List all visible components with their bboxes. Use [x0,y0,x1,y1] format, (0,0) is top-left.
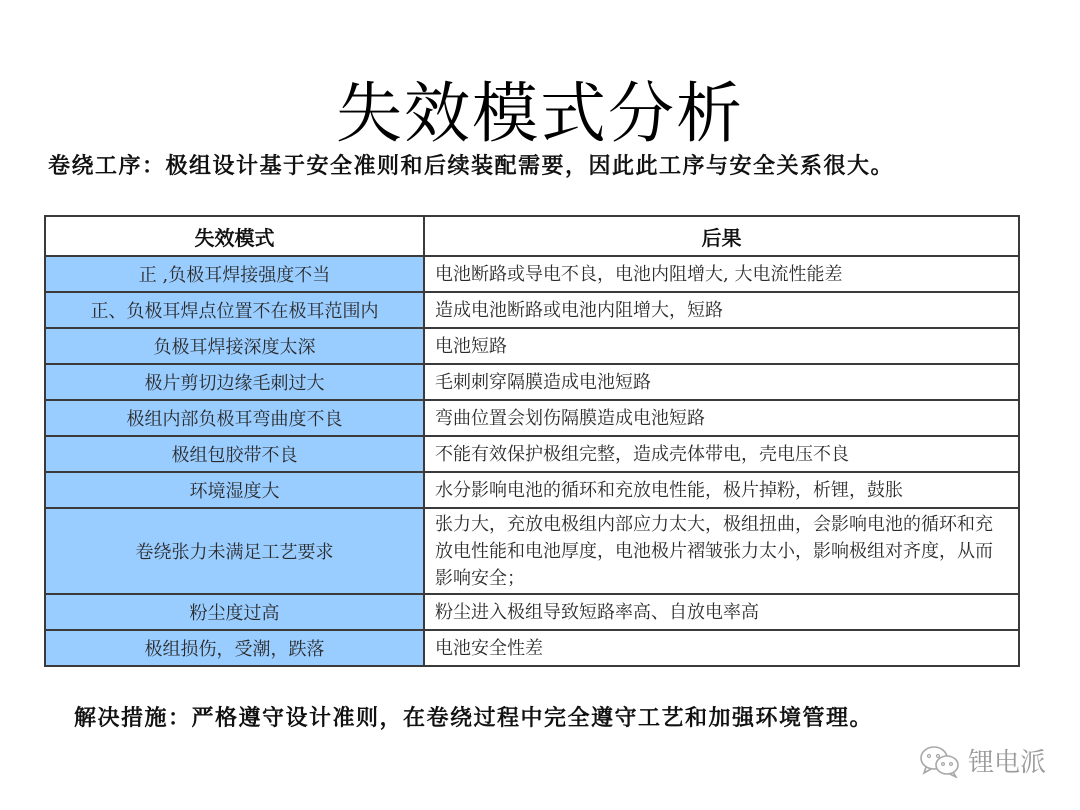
consequence-cell: 电池安全性差 [424,630,1019,666]
consequence-cell: 不能有效保护极组完整，造成壳体带电，壳电压不良 [424,436,1019,472]
wechat-icon [918,744,962,778]
table-row: 极片剪切边缘毛刺过大 毛刺刺穿隔膜造成电池短路 [45,364,1019,400]
failure-mode-cell: 正、负极耳焊点位置不在极耳范围内 [45,292,424,328]
failure-mode-cell: 正 ,负极耳焊接强度不当 [45,256,424,292]
failure-mode-cell: 环境湿度大 [45,472,424,508]
page-title: 失效模式分析 [0,74,1080,154]
consequence-cell: 弯曲位置会划伤隔膜造成电池短路 [424,400,1019,436]
consequence-cell: 电池断路或导电不良，电池内阻增大, 大电流性能差 [424,256,1019,292]
failure-mode-cell: 负极耳焊接深度太深 [45,328,424,364]
consequence-cell: 毛刺刺穿隔膜造成电池短路 [424,364,1019,400]
failure-mode-cell: 极组内部负极耳弯曲度不良 [45,400,424,436]
table-row: 负极耳焊接深度太深 电池短路 [45,328,1019,364]
table-header-row: 失效模式 后果 [45,216,1019,256]
table-row: 正、负极耳焊点位置不在极耳范围内 造成电池断路或电池内阻增大，短路 [45,292,1019,328]
failure-mode-cell: 极片剪切边缘毛刺过大 [45,364,424,400]
table-row: 正 ,负极耳焊接强度不当 电池断路或导电不良，电池内阻增大, 大电流性能差 [45,256,1019,292]
table-row: 极组包胶带不良 不能有效保护极组完整，造成壳体带电，壳电压不良 [45,436,1019,472]
table-row: 极组损伤，受潮，跌落 电池安全性差 [45,630,1019,666]
table-row: 粉尘度过高 粉尘进入极组导致短路率高、自放电率高 [45,594,1019,630]
table-row: 极组内部负极耳弯曲度不良 弯曲位置会划伤隔膜造成电池短路 [45,400,1019,436]
watermark: 锂电派 [918,742,1046,779]
table-row: 卷绕张力未满足工艺要求 张力大，充放电极组内部应力太大，极组扭曲，会影响电池的循… [45,508,1019,594]
failure-mode-cell: 粉尘度过高 [45,594,424,630]
consequence-cell: 造成电池断路或电池内阻增大，短路 [424,292,1019,328]
table-row: 环境湿度大 水分影响电池的循环和充放电性能，极片掉粉，析锂，鼓胀 [45,472,1019,508]
consequence-cell: 电池短路 [424,328,1019,364]
failure-mode-table: 失效模式 后果 正 ,负极耳焊接强度不当 电池断路或导电不良，电池内阻增大, 大… [44,215,1020,667]
process-description: 卷绕工序：极组设计基于安全准则和后续装配需要，因此此工序与安全关系很大。 [48,150,894,182]
consequence-cell: 水分影响电池的循环和充放电性能，极片掉粉，析锂，鼓胀 [424,472,1019,508]
failure-mode-cell: 卷绕张力未满足工艺要求 [45,508,424,594]
consequence-cell: 张力大，充放电极组内部应力太大，极组扭曲，会影响电池的循环和充放电性能和电池厚度… [424,508,1019,594]
solution-statement: 解决措施：严格遵守设计准则，在卷绕过程中完全遵守工艺和加强环境管理。 [74,702,873,734]
consequence-cell: 粉尘进入极组导致短路率高、自放电率高 [424,594,1019,630]
failure-mode-cell: 极组包胶带不良 [45,436,424,472]
failure-mode-cell: 极组损伤，受潮，跌落 [45,630,424,666]
watermark-text: 锂电派 [968,742,1046,779]
column-header-failure-mode: 失效模式 [45,216,424,256]
column-header-consequence: 后果 [424,216,1019,256]
